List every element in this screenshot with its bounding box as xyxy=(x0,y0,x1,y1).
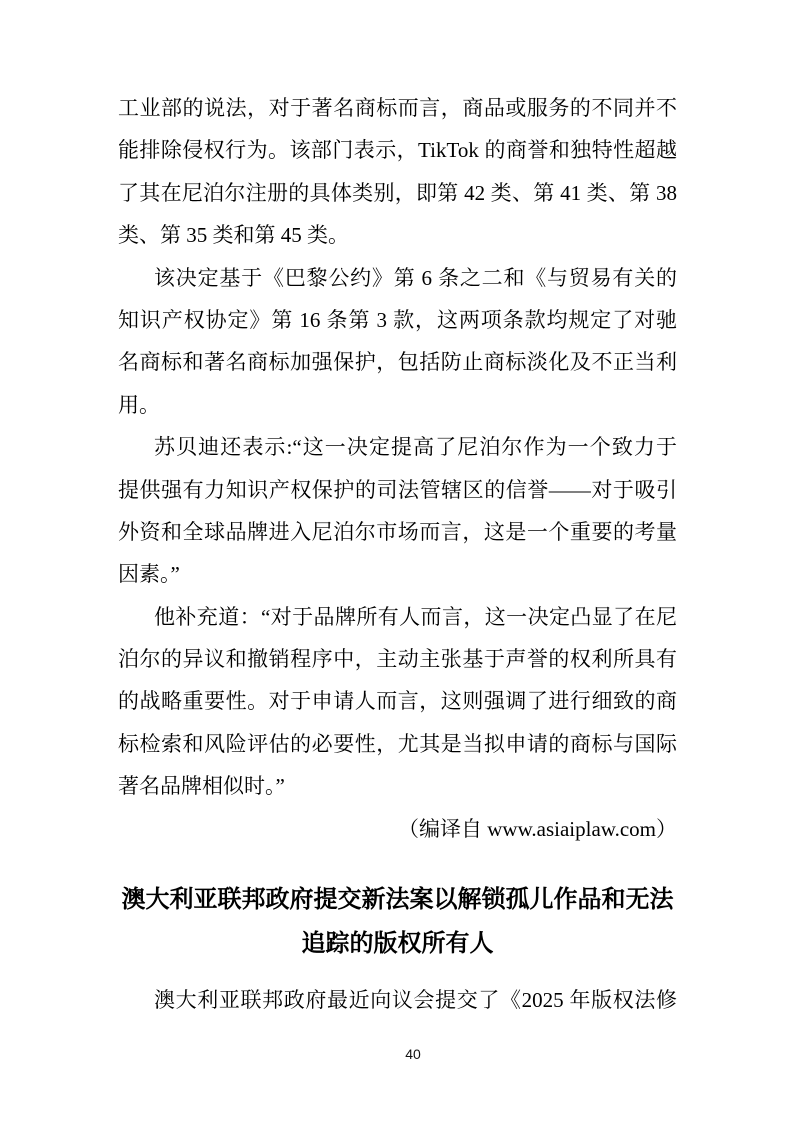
body-line: 外资和全球品牌进入尼泊尔市场而言，这是一个重要的考量 xyxy=(118,511,677,553)
body-line: 用。 xyxy=(118,384,677,426)
body-line: 名商标和著名商标加强保护，包括防止商标淡化及不正当利 xyxy=(118,341,677,383)
body-line: 了其在尼泊尔注册的具体类别，即第 42 类、第 41 类、第 38 xyxy=(118,172,677,214)
body-line: 工业部的说法，对于著名商标而言，商品或服务的不同并不 xyxy=(118,87,677,129)
article-heading: 澳大利亚联邦政府提交新法案以解锁孤儿作品和无法 追踪的版权所有人 xyxy=(118,878,677,966)
text-block: 工业部的说法，对于著名商标而言，商品或服务的不同并不 能排除侵权行为。该部门表示… xyxy=(118,87,677,1021)
article-heading-line: 澳大利亚联邦政府提交新法案以解锁孤儿作品和无法 xyxy=(118,878,677,922)
body-line: 澳大利亚联邦政府最近向议会提交了《2025 年版权法修 xyxy=(118,979,677,1021)
body-line: 提供强有力知识产权保护的司法管辖区的信誉——对于吸引 xyxy=(118,469,677,511)
source-attribution: （编译自 www.asiaiplaw.com） xyxy=(118,808,677,850)
body-line: 知识产权协定》第 16 条第 3 款，这两项条款均规定了对驰 xyxy=(118,299,677,341)
body-line: 能排除侵权行为。该部门表示，TikTok 的商誉和独特性超越 xyxy=(118,129,677,171)
body-line: 标检索和风险评估的必要性，尤其是当拟申请的商标与国际 xyxy=(118,723,677,765)
body-line: 的战略重要性。对于申请人而言，这则强调了进行细致的商 xyxy=(118,680,677,722)
body-line: 他补充道：“对于品牌所有人而言，这一决定凸显了在尼 xyxy=(118,596,677,638)
page-number: 40 xyxy=(0,1046,793,1062)
article-heading-line: 追踪的版权所有人 xyxy=(118,922,677,966)
document-page: 工业部的说法，对于著名商标而言，商品或服务的不同并不 能排除侵权行为。该部门表示… xyxy=(0,0,793,1122)
body-line: 著名品牌相似时。” xyxy=(118,765,677,807)
body-line: 苏贝迪还表示:“这一决定提高了尼泊尔作为一个致力于 xyxy=(118,426,677,468)
body-line: 泊尔的异议和撤销程序中，主动主张基于声誉的权利所具有 xyxy=(118,638,677,680)
body-line: 类、第 35 类和第 45 类。 xyxy=(118,214,677,256)
body-line: 该决定基于《巴黎公约》第 6 条之二和《与贸易有关的 xyxy=(118,257,677,299)
body-line: 因素。” xyxy=(118,553,677,595)
